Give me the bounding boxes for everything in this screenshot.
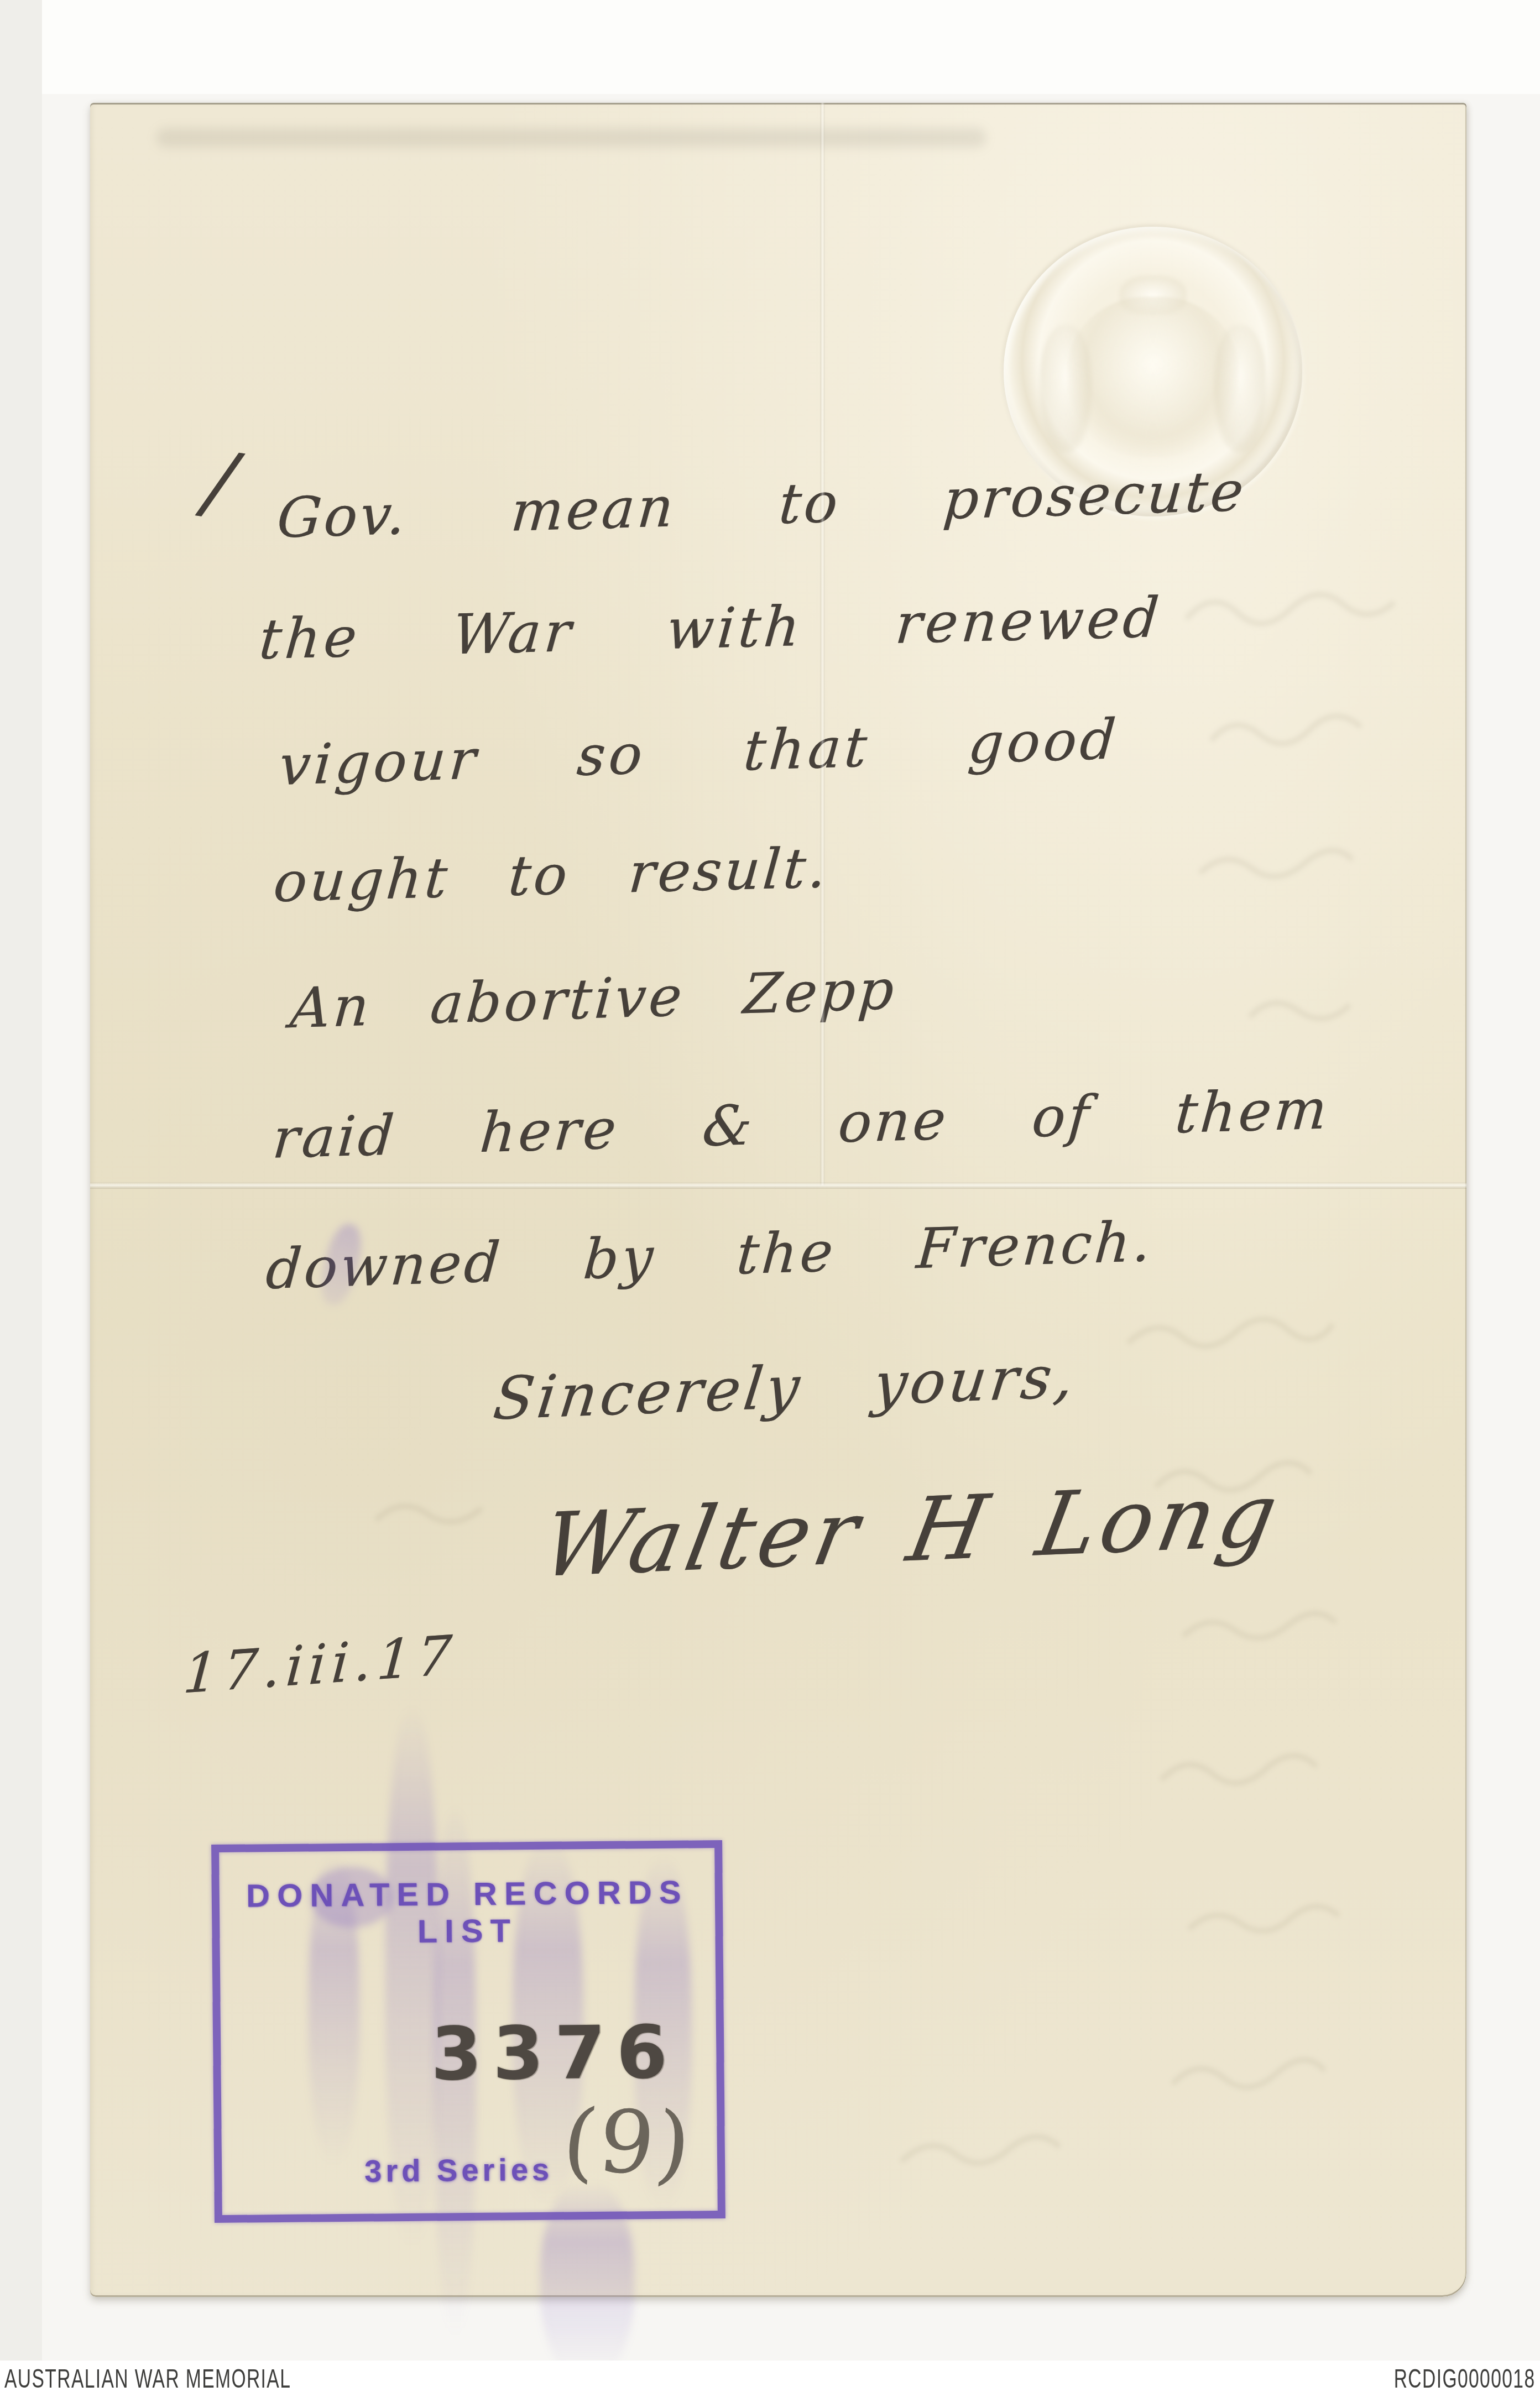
fold-crease-horizontal [90,1182,1466,1189]
letter-paper: / Gov. mean to prosecute the War with re… [90,103,1466,2297]
stamp-accession-number: 3376 [431,2010,679,2097]
scan-left-band [0,0,42,2361]
donated-records-list-stamp: DONATED RECORDS LIST 3376 3rd Series (9) [211,1840,725,2223]
fold-crease-vertical [820,103,825,1186]
scan-top-band [42,0,1540,94]
footer-bar: AUSTRALIAN WAR MEMORIAL RCDIG0000018 [0,2361,1540,2397]
archive-name-label: AUSTRALIAN WAR MEMORIAL [4,2364,291,2394]
pencil-annotation: (9) [558,2091,697,2195]
item-id-label: RCDIG0000018 [1394,2364,1536,2394]
stamp-series-label: 3rd Series [364,2151,553,2189]
stamp-title: DONATED RECORDS LIST [215,1873,721,1952]
